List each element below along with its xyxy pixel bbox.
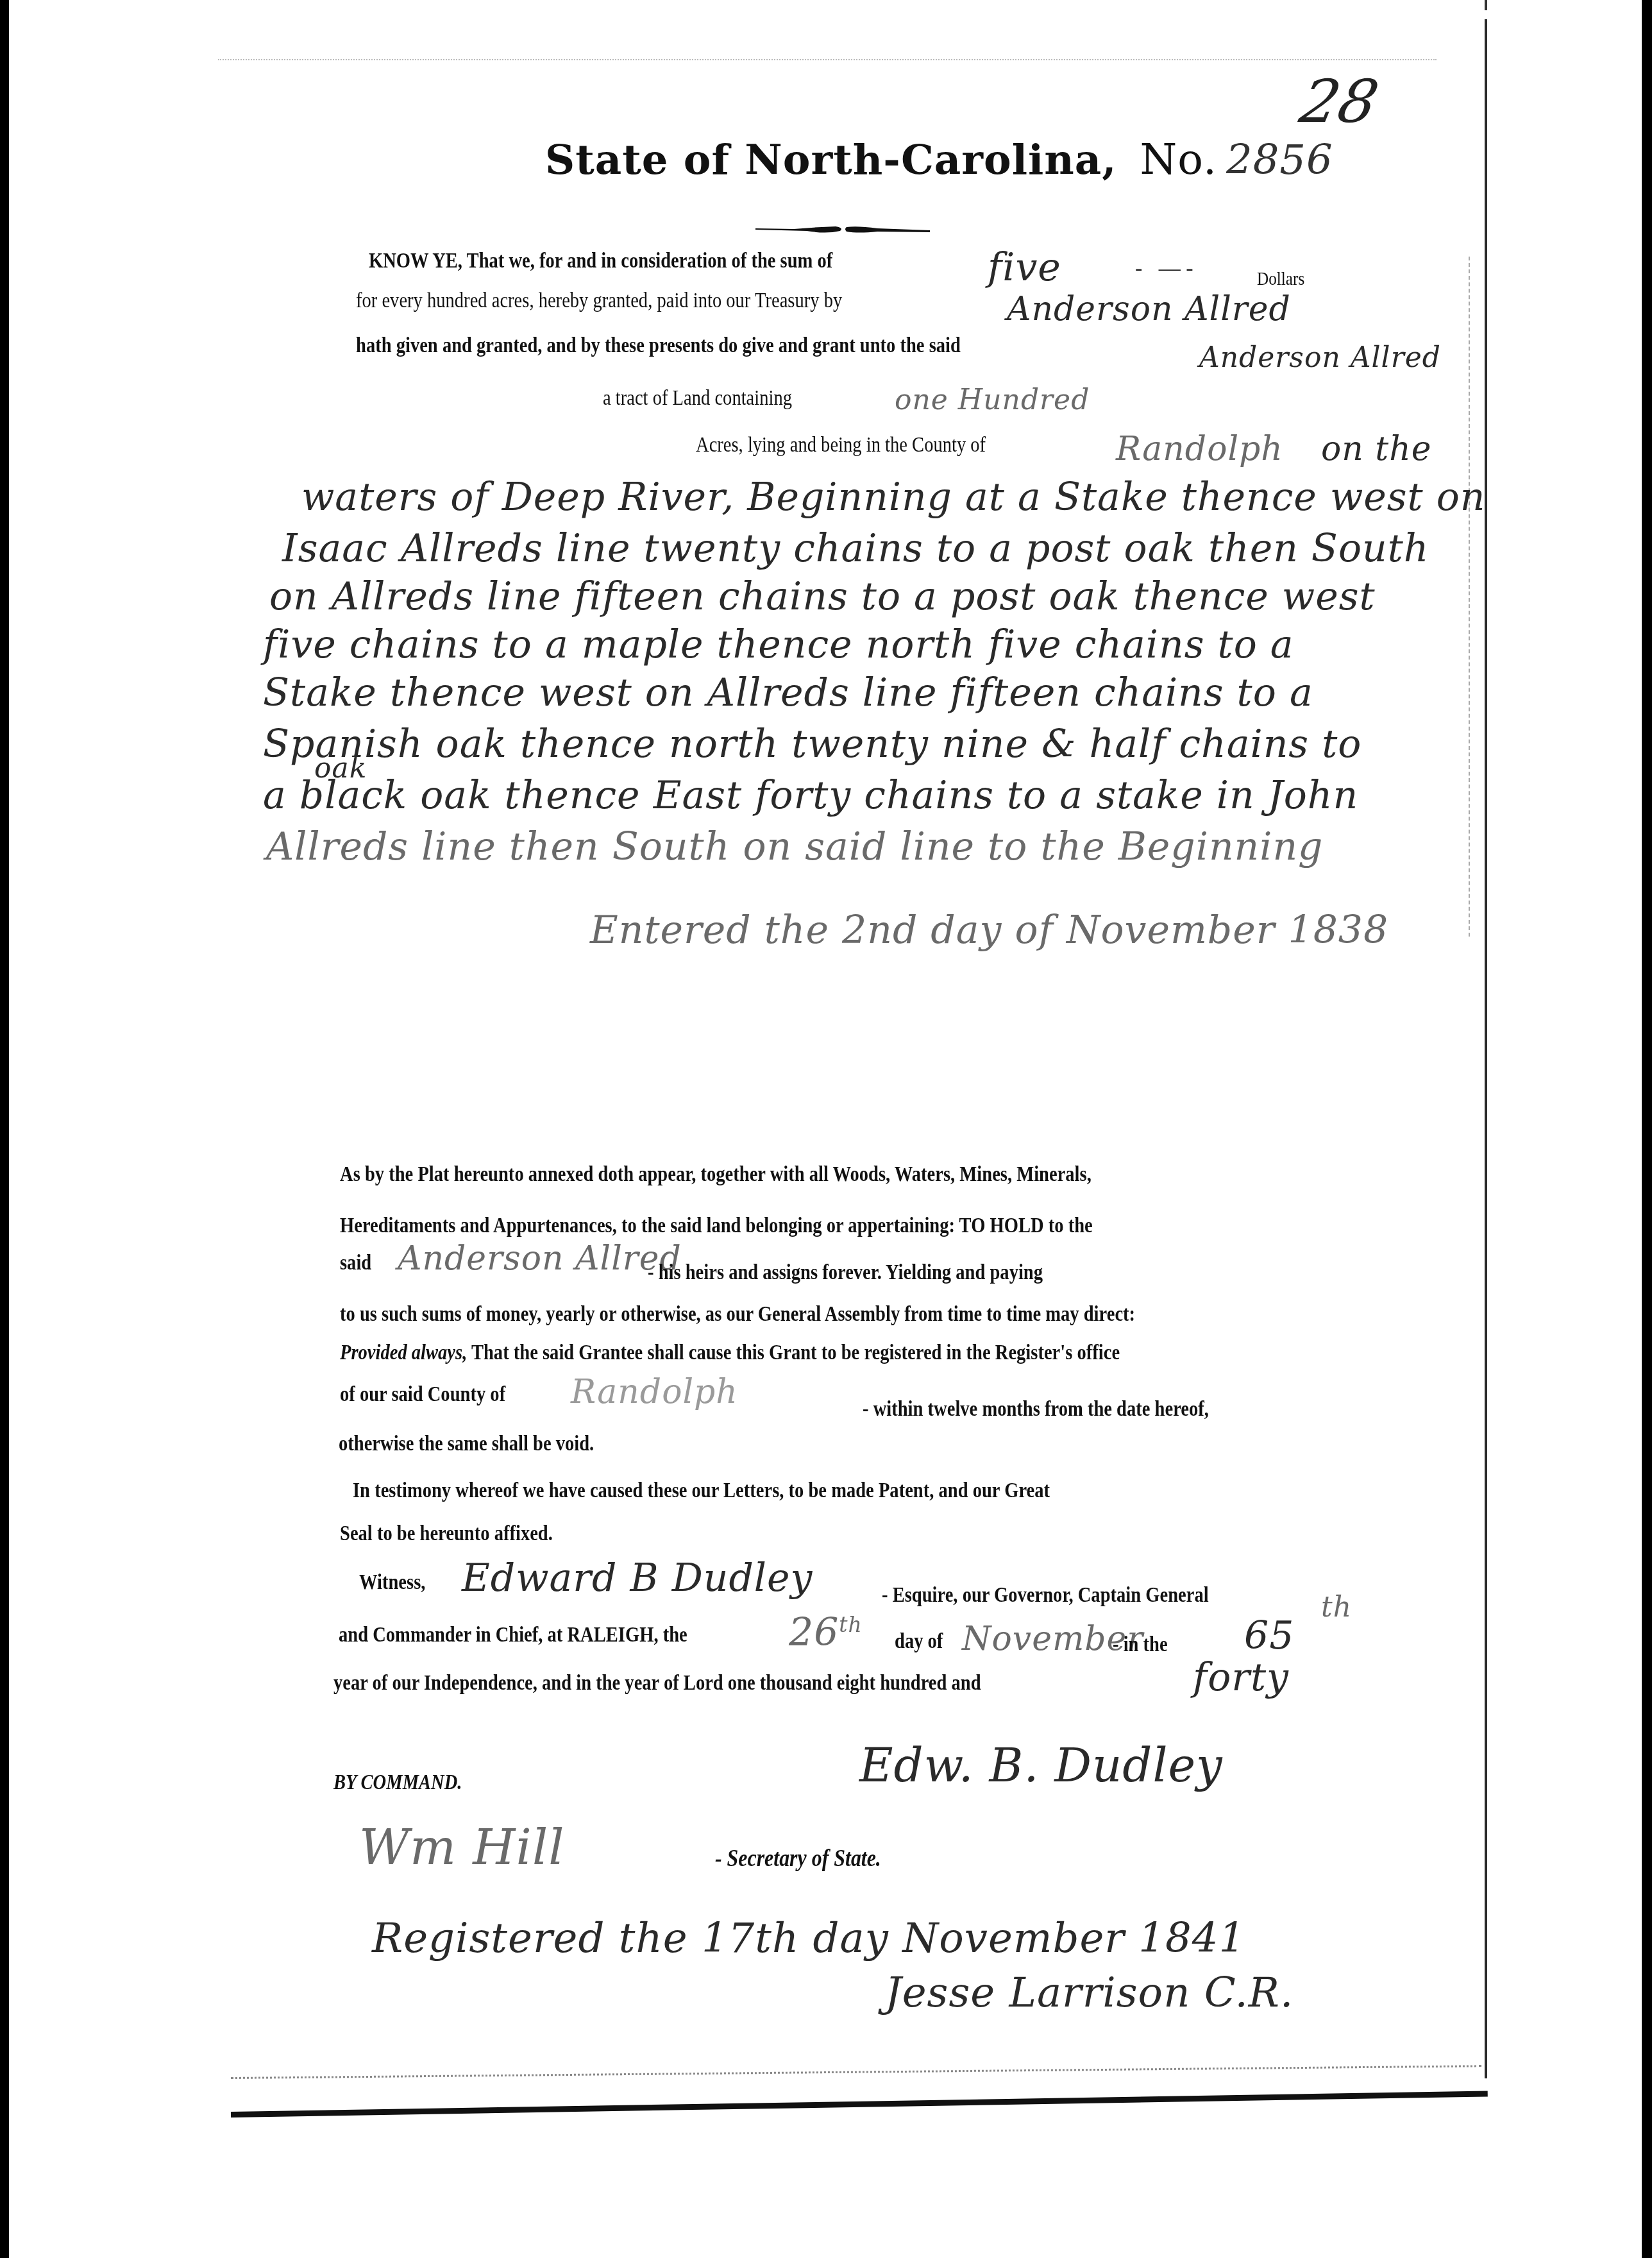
description-line-6: Spanish oak thence north twenty nine & h… [263, 722, 1361, 767]
habendum-line-3: - his heirs and assigns forever. Yieldin… [648, 1261, 1043, 1285]
habendum-line-2: Hereditaments and Appurtenances, to the … [340, 1214, 1093, 1238]
provided-always: Provided always, [340, 1341, 467, 1364]
habendum-county: Randolph [571, 1373, 738, 1411]
habendum-line-7: otherwise the same shall be void. [339, 1432, 594, 1456]
day-of-label: day of [895, 1629, 943, 1654]
ornament-rule [755, 223, 930, 236]
year-line: year of our Independence, and in the yea… [333, 1671, 981, 1695]
witness-suffix: - Esquire, our Governor, Captain General [882, 1583, 1209, 1608]
description-line-0: on the [1321, 430, 1432, 468]
description-line-3: on Allreds line fifteen chains to a post… [269, 574, 1376, 619]
registrar-signature: Jesse Larrison C.R. [885, 1969, 1294, 2017]
bottom-dotted-rule [231, 2065, 1481, 2079]
habendum-line-4: to us such sums of money, yearly or othe… [340, 1302, 1135, 1327]
page-border-right [1485, 19, 1487, 2078]
bottom-rule [231, 2091, 1488, 2118]
scan-edge-right [1642, 0, 1652, 2258]
raleigh-line: and Commander in Chief, at RALEIGH, the [339, 1623, 687, 1647]
grant-number-label: No. [1140, 135, 1217, 184]
secretary-title: - Secretary of State. [715, 1844, 881, 1872]
year-word: forty [1193, 1655, 1289, 1700]
in-the-label: - in the [1113, 1633, 1168, 1657]
page-border-right-top [1485, 0, 1487, 10]
grant-line-3: hath given and granted, and by these pre… [356, 334, 961, 358]
day-suffix: th [839, 1612, 863, 1637]
testimony-line-1: In testimony whereof we have caused thes… [353, 1479, 1050, 1503]
grant-number: 2856 [1226, 137, 1333, 184]
description-line-5: Stake thence west on Allreds line fiftee… [263, 670, 1313, 715]
independence-suffix: th [1321, 1591, 1352, 1624]
description-line-7: a black oak thence East forty chains to … [263, 773, 1358, 818]
grantee-name: Anderson Allred [1199, 341, 1441, 374]
scan-edge-left [0, 0, 9, 2258]
independence-year: 65 [1244, 1613, 1294, 1658]
habendum-line-6: - within twelve months from the date her… [863, 1397, 1209, 1422]
secretary-signature: Wm Hill [359, 1819, 565, 1876]
governor-name: Edward B Dudley [462, 1556, 813, 1600]
sum-value: five [988, 245, 1061, 290]
habendum-grantee: Anderson Allred [398, 1239, 682, 1278]
habendum-said: said [340, 1251, 371, 1275]
governor-signature: Edw. B. Dudley [859, 1738, 1223, 1792]
testimony-line-2: Seal to be hereunto affixed. [340, 1522, 553, 1546]
margin-rule [1469, 257, 1470, 937]
county-value: Randolph [1116, 430, 1283, 468]
habendum-line-1: As by the Plat hereunto annexed doth app… [340, 1162, 1091, 1187]
description-line-1: waters of Deep River, Beginning at a Sta… [301, 475, 1486, 520]
payer-name: Anderson Allred [1007, 290, 1291, 328]
habendum-line-5: Provided always, That the said Grantee s… [340, 1341, 1120, 1365]
entry-date: Entered the 2nd day of November 1838 [590, 908, 1388, 953]
dollars-label: Dollars [1257, 268, 1304, 290]
description-line-2: Isaac Allreds line twenty chains to a po… [282, 526, 1429, 571]
day-value: 26th [789, 1610, 863, 1655]
fill-dashes: - — - [1135, 257, 1193, 281]
proviso-text: That the said Grantee shall cause this G… [471, 1341, 1120, 1364]
by-command-label: BY COMMAND. [333, 1770, 462, 1795]
registration-note: Registered the 17th day November 1841 [372, 1915, 1245, 1962]
know-ye-text: KNOW YE, That we, for and in considerati… [369, 249, 832, 273]
state-title: State of North-Carolina, [545, 136, 1117, 184]
top-rule [218, 59, 1437, 60]
page-number: 28 [1295, 67, 1385, 136]
witness-label: Witness, [359, 1570, 425, 1595]
grant-line-4: a tract of Land containing [603, 386, 792, 411]
grant-line-5: Acres, lying and being in the County of [696, 433, 986, 457]
description-line-8: Allreds line then South on said line to … [266, 824, 1323, 869]
grant-line-2: for every hundred acres, hereby granted,… [356, 289, 842, 313]
day-number: 26 [789, 1610, 839, 1655]
description-line-4: five chains to a maple thence north five… [263, 622, 1294, 667]
acreage-value: one Hundred [895, 384, 1090, 416]
document-title: State of North-Carolina,No.2856 [545, 135, 1333, 184]
habendum-county-prefix: of our said County of [340, 1382, 505, 1407]
